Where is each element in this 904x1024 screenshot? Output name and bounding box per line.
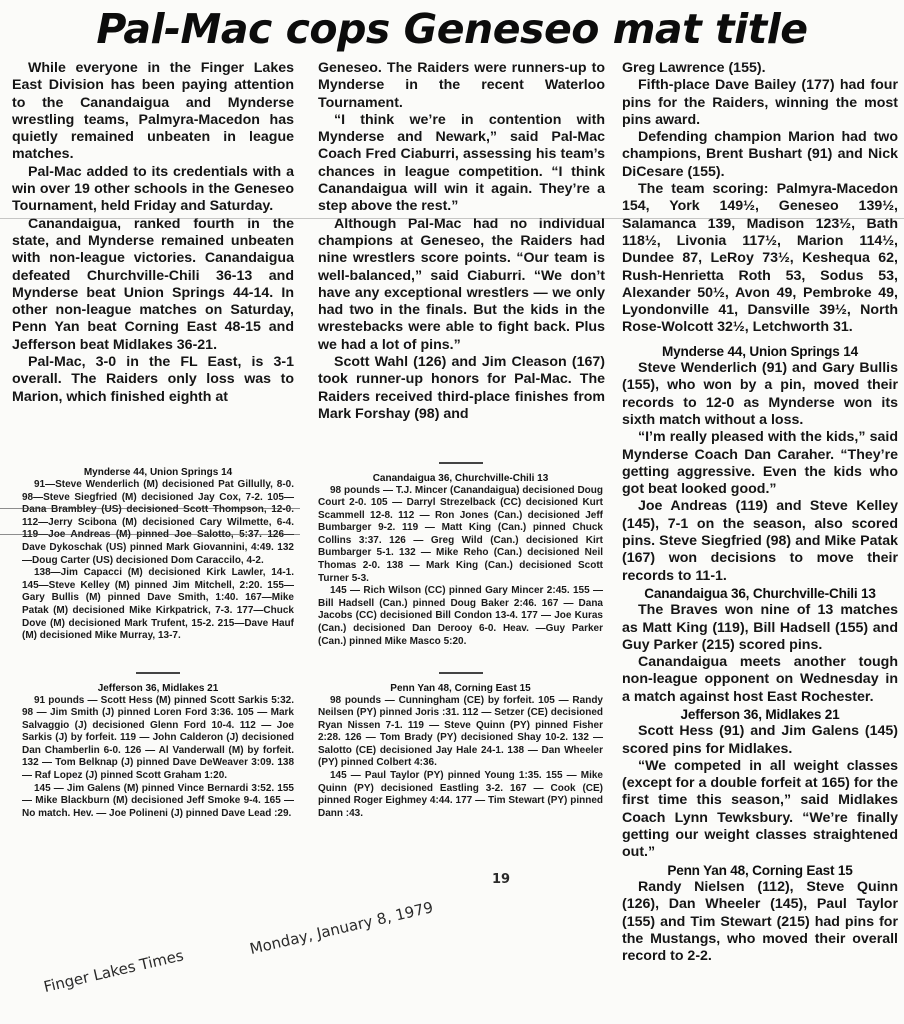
article-paragraph: Greg Lawrence (155). (622, 60, 898, 77)
article-paragraph: Steve Wenderlich (91) and Gary Bullis (1… (622, 360, 898, 429)
results-title: Jefferson 36, Midlakes 21 (22, 682, 294, 695)
article-paragraph: Scott Wahl (126) and Jim Cleason (167) t… (318, 354, 605, 423)
divider-rule (439, 462, 483, 464)
newspaper-name: Finger Lakes Times (42, 946, 185, 996)
subhead-canandaigua: Canandaigua 36, Churchville-Chili 13 (622, 585, 898, 602)
article-paragraph: Geneseo. The Raiders were runners-up to … (318, 60, 605, 112)
results-paragraph: 138—Jim Capacci (M) decisioned Kirk Lawl… (22, 567, 294, 643)
divider-rule (439, 672, 483, 674)
article-paragraph: The Braves won nine of 13 matches as Mat… (622, 602, 898, 654)
results-canandaigua: Canandaigua 36, Churchville-Chili 13 98 … (318, 462, 603, 648)
results-paragraph: 98 pounds — Cunningham (CE) by forfeit. … (318, 695, 603, 771)
article-paragraph: While everyone in the Finger Lakes East … (12, 60, 294, 164)
results-paragraph: 145 — Paul Taylor (PY) pinned Young 1:35… (318, 770, 603, 820)
results-jefferson: Jefferson 36, Midlakes 21 91 pounds — Sc… (22, 672, 294, 820)
results-pennyan: Penn Yan 48, Corning East 15 98 pounds —… (318, 672, 603, 820)
team-scoring-paragraph: The team scoring: Palmyra-Macedon 154, Y… (622, 181, 898, 337)
results-title: Canandaigua 36, Churchville-Chili 13 (318, 472, 603, 485)
article-paragraph: Canandaigua, ranked fourth in the state,… (12, 216, 294, 354)
publication-date: Monday, January 8, 1979 (248, 898, 435, 958)
results-paragraph: 145 — Rich Wilson (CC) pinned Gary Mince… (318, 585, 603, 648)
subhead-mynderse: Mynderse 44, Union Springs 14 (622, 343, 898, 360)
article-column-1: While everyone in the Finger Lakes East … (12, 60, 294, 406)
article-paragraph: Randy Nielsen (112), Steve Quinn (126), … (622, 879, 898, 965)
strikethrough-line (0, 534, 300, 535)
article-paragraph: Although Pal-Mac had no individual champ… (318, 216, 605, 354)
subhead-pennyan: Penn Yan 48, Corning East 15 (622, 862, 898, 879)
article-column-2: Geneseo. The Raiders were runners-up to … (318, 60, 605, 423)
strikethrough-line (0, 508, 300, 509)
article-paragraph: Scott Hess (91) and Jim Galens (145) sco… (622, 723, 898, 758)
article-paragraph: Pal-Mac added to its credentials with a … (12, 164, 294, 216)
headline: Pal-Mac cops Geneseo mat title (0, 4, 904, 54)
results-title: Mynderse 44, Union Springs 14 (22, 466, 294, 479)
article-paragraph: Defending champion Marion had two champi… (622, 129, 898, 181)
results-paragraph: 98 pounds — T.J. Mincer (Canandaigua) de… (318, 485, 603, 586)
results-paragraph: 145 — Jim Galens (M) pinned Vince Bernar… (22, 783, 294, 821)
article-paragraph: Fifth-place Dave Bailey (177) had four p… (622, 77, 898, 129)
results-mynderse: Mynderse 44, Union Springs 14 91—Steve W… (22, 466, 294, 643)
article-paragraph: Joe Andreas (119) and Steve Kelley (145)… (622, 498, 898, 584)
article-paragraph: Canandaigua meets another tough non-leag… (622, 654, 898, 706)
page-number: 19 (492, 872, 510, 887)
subhead-jefferson: Jefferson 36, Midlakes 21 (622, 706, 898, 723)
article-paragraph: “We competed in all weight classes (exce… (622, 758, 898, 862)
results-paragraph: 91 pounds — Scott Hess (M) pinned Scott … (22, 695, 294, 783)
fold-crease (0, 218, 904, 219)
article-paragraph: “I’m really pleased with the kids,” said… (622, 429, 898, 498)
article-column-3: Greg Lawrence (155). Fifth-place Dave Ba… (622, 60, 898, 965)
results-paragraph: 91—Steve Wenderlich (M) decisioned Pat G… (22, 479, 294, 567)
article-paragraph: Pal-Mac, 3-0 in the FL East, is 3-1 over… (12, 354, 294, 406)
divider-rule (136, 672, 180, 674)
results-title: Penn Yan 48, Corning East 15 (318, 682, 603, 695)
article-paragraph: “I think we’re in contention with Mynder… (318, 112, 605, 216)
